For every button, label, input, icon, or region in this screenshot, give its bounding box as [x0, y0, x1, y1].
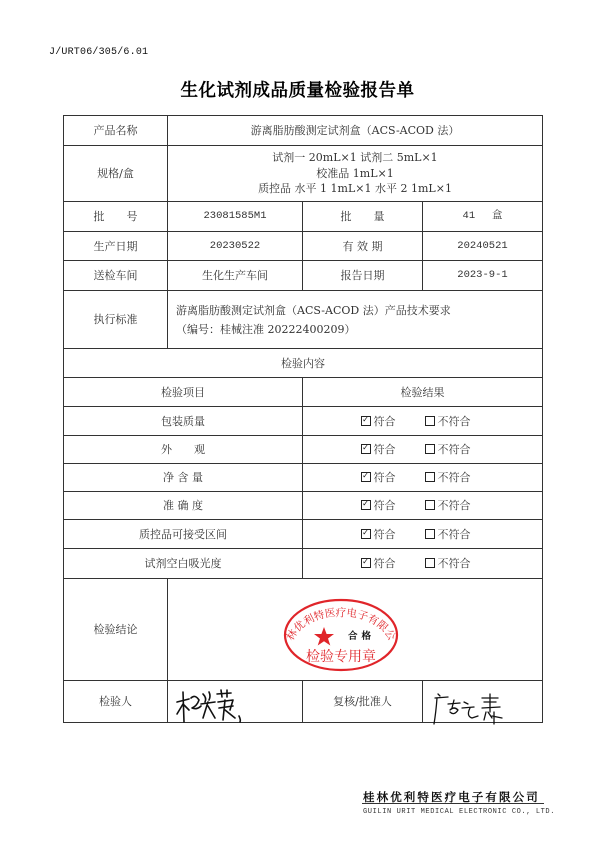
stamp-org-text: 桂林优利特医疗电子有限公司	[282, 597, 398, 643]
footer-divider	[362, 803, 544, 804]
inspection-item: 包装质量	[63, 406, 303, 436]
standard-value: 游离脂肪酸测定试剂盒（ACS-ACOD 法）产品技术要求 （编号：桂械注准 20…	[167, 290, 543, 349]
approver-label: 复核/批准人	[302, 680, 423, 723]
standard-line: 游离脂肪酸测定试剂盒（ACS-ACOD 法）产品技术要求	[176, 301, 451, 320]
stamp-bottom-text: 检验专用章	[306, 648, 376, 665]
inspection-item: 外 观	[63, 435, 303, 464]
approver-signature	[432, 690, 512, 726]
expiry-value: 20240521	[422, 231, 543, 261]
conclusion-label: 检验结论	[63, 578, 168, 681]
inspection-item: 准 确 度	[63, 491, 303, 520]
report-date-value: 2023-9-1	[422, 260, 543, 291]
batch-no-label: 批 号	[63, 201, 168, 232]
inspection-result: 符合不符合	[302, 463, 543, 492]
inspection-item: 净 含 量	[63, 463, 303, 492]
spec-line: 试剂一 20mL×1 试剂二 5mL×1	[272, 150, 437, 166]
batch-qty-label: 批 量	[302, 201, 423, 232]
inspector-signature	[175, 688, 255, 724]
inspection-item: 试剂空白吸光度	[63, 548, 303, 579]
inspector-label: 检验人	[63, 680, 168, 723]
pass-checkbox[interactable]	[361, 558, 371, 568]
product-name-label: 产品名称	[63, 115, 168, 146]
batch-no-value: 23081585M1	[167, 201, 303, 232]
document-number: J/URT06/305/6.01	[49, 47, 148, 58]
fail-checkbox[interactable]	[425, 500, 435, 510]
batch-qty-value: 41 盒	[422, 201, 543, 232]
pass-checkbox[interactable]	[361, 472, 371, 482]
inspection-result: 符合不符合	[302, 435, 543, 464]
workshop-label: 送检车间	[63, 260, 168, 291]
product-name-value: 游离脂肪酸测定试剂盒（ACS-ACOD 法）	[167, 115, 543, 146]
pass-checkbox[interactable]	[361, 500, 371, 510]
star-icon	[314, 627, 334, 646]
fail-checkbox[interactable]	[425, 472, 435, 482]
pass-checkbox[interactable]	[361, 529, 371, 539]
pass-checkbox[interactable]	[361, 416, 371, 426]
result-header: 检验结果	[302, 377, 543, 407]
standard-line: （编号：桂械注准 20222400209）	[176, 320, 355, 339]
standard-label: 执行标准	[63, 290, 168, 349]
inspection-result: 符合不符合	[302, 406, 543, 436]
inspection-item: 质控品可接受区间	[63, 519, 303, 549]
page-title: 生化试剂成品质量检验报告单	[0, 77, 595, 102]
spec-line: 校准品 1mL×1	[316, 166, 393, 182]
inspection-section-title: 检验内容	[63, 348, 543, 378]
inspection-result: 符合不符合	[302, 548, 543, 579]
inspection-stamp: 桂林优利特医疗电子有限公司 合格 检验专用章	[282, 597, 400, 673]
pass-checkbox[interactable]	[361, 444, 371, 454]
stamp-center-text: 合格	[348, 630, 375, 642]
mfg-date-value: 20230522	[167, 231, 303, 261]
workshop-value: 生化生产车间	[167, 260, 303, 291]
company-name-en: GUILIN URIT MEDICAL ELECTRONIC CO., LTD.	[363, 808, 555, 816]
fail-checkbox[interactable]	[425, 558, 435, 568]
spec-line: 质控品 水平 1 1mL×1 水平 2 1mL×1	[258, 181, 452, 197]
spec-value: 试剂一 20mL×1 试剂二 5mL×1 校准品 1mL×1 质控品 水平 1 …	[167, 145, 543, 202]
inspection-result: 符合不符合	[302, 519, 543, 549]
fail-checkbox[interactable]	[425, 416, 435, 426]
fail-checkbox[interactable]	[425, 529, 435, 539]
item-header: 检验项目	[63, 377, 303, 407]
report-date-label: 报告日期	[302, 260, 423, 291]
inspection-result: 符合不符合	[302, 491, 543, 520]
spec-label: 规格/盒	[63, 145, 168, 202]
expiry-label: 有 效 期	[302, 231, 423, 261]
mfg-date-label: 生产日期	[63, 231, 168, 261]
fail-checkbox[interactable]	[425, 444, 435, 454]
